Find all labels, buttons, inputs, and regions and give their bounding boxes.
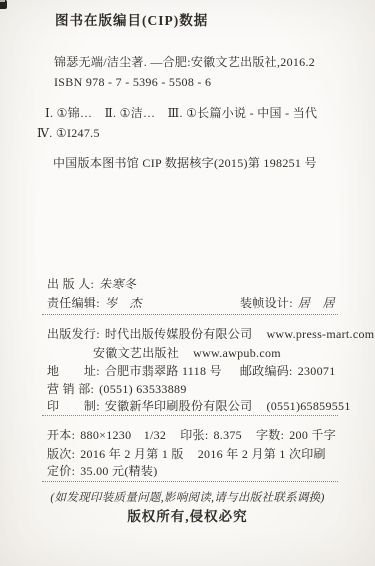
dotted-divider-3 <box>42 481 338 482</box>
issue-row-2: 安徽文艺出版社www.awpub.com <box>93 346 281 360</box>
cip-heading: 图书在版编目(CIP)数据 <box>55 13 208 29</box>
designer-row: 装帧设计:居 居 <box>240 296 335 310</box>
print-company: 安徽新华印刷股份有限公司 <box>105 399 253 413</box>
format-value: 880×1230 1/32 <box>80 428 166 442</box>
edition-value: 2016 年 2 月第 1 版 <box>80 447 184 461</box>
dotted-divider-2 <box>42 415 338 416</box>
publisher-name: 朱寒冬 <box>99 277 136 291</box>
edition-label: 版次: <box>47 447 75 461</box>
print-row: 印 制:安徽新华印刷股份有限公司(0551)65859551 <box>47 399 351 413</box>
price-value: 35.00 元(精装) <box>80 464 157 478</box>
issue-row: 出版发行:时代出版传媒股份有限公司www.press-mart.com <box>47 327 374 341</box>
price-row: 定价:35.00 元(精装) <box>47 464 158 478</box>
issue-url-2: www.awpub.com <box>193 346 281 360</box>
issue-url: www.press-mart.com <box>266 327 374 341</box>
postcode-value: 230071 <box>298 364 336 378</box>
address-row: 地 址:合肥市翡翠路 1118 号邮政编码:230071 <box>47 364 336 378</box>
price-label: 定价: <box>47 464 75 478</box>
print-label: 印 制: <box>47 399 100 413</box>
sheets-value: 8.375 <box>213 428 242 442</box>
copyright-statement: 版权所有,侵权必究 <box>0 509 375 525</box>
cip-book-line: 锦瑟无端/洁尘著. —合肥:安徽文艺出版社,2016.2 <box>54 55 315 69</box>
issue-company: 时代出版传媒股份有限公司 <box>105 327 253 341</box>
words-value: 200 千字 <box>289 428 336 442</box>
dotted-divider-1 <box>42 314 338 315</box>
address-label: 地 址: <box>47 364 100 378</box>
cip-classification-line1: Ⅰ. ①锦… Ⅱ. ①洁… Ⅲ. ①长篇小说 - 中国 - 当代 <box>45 106 317 120</box>
editor-label: 责任编辑: <box>47 296 100 310</box>
issue-company-2: 安徽文艺出版社 <box>93 346 179 360</box>
print-phone: (0551)65859551 <box>266 399 350 413</box>
publisher-row: 出 版 人:朱寒冬 <box>47 277 136 291</box>
format-row: 开本:880×1230 1/32印张:8.375字数:200 千字 <box>47 428 336 442</box>
marketing-row: 营 销 部:(0551) 63533889 <box>47 382 187 396</box>
marketing-phone: (0551) 63533889 <box>99 382 187 396</box>
postcode-label: 邮政编码: <box>240 364 293 378</box>
cip-isbn-line: ISBN 978 - 7 - 5396 - 5508 - 6 <box>54 75 211 89</box>
edition-row: 版次:2016 年 2 月第 1 版2016 年 2 月第 1 次印刷 <box>47 447 326 461</box>
publisher-label: 出 版 人: <box>47 277 94 291</box>
copyright-page: 图书在版编目(CIP)数据 锦瑟无端/洁尘著. —合肥:安徽文艺出版社,2016… <box>0 0 375 566</box>
format-label: 开本: <box>47 428 75 442</box>
scan-artifact-dash <box>0 0 5 2</box>
designer-label: 装帧设计: <box>240 296 293 310</box>
designer-name: 居 居 <box>298 296 335 310</box>
editor-row: 责任编辑:岑 杰 <box>47 296 142 310</box>
cip-classification-line2: Ⅳ. ①I247.5 <box>37 126 100 140</box>
marketing-label: 营 销 部: <box>47 382 94 396</box>
cip-record-line: 中国版本图书馆 CIP 数据核字(2015)第 198251 号 <box>53 156 317 170</box>
address-value: 合肥市翡翠路 1118 号 <box>105 364 222 378</box>
printing-value: 2016 年 2 月第 1 次印刷 <box>198 447 326 461</box>
words-label: 字数: <box>256 428 284 442</box>
editor-name: 岑 杰 <box>105 296 142 310</box>
sheets-label: 印张: <box>180 428 208 442</box>
issue-label: 出版发行: <box>47 327 100 341</box>
quality-notice: (如发现印装质量问题,影响阅读,请与出版社联系调换) <box>0 492 375 506</box>
